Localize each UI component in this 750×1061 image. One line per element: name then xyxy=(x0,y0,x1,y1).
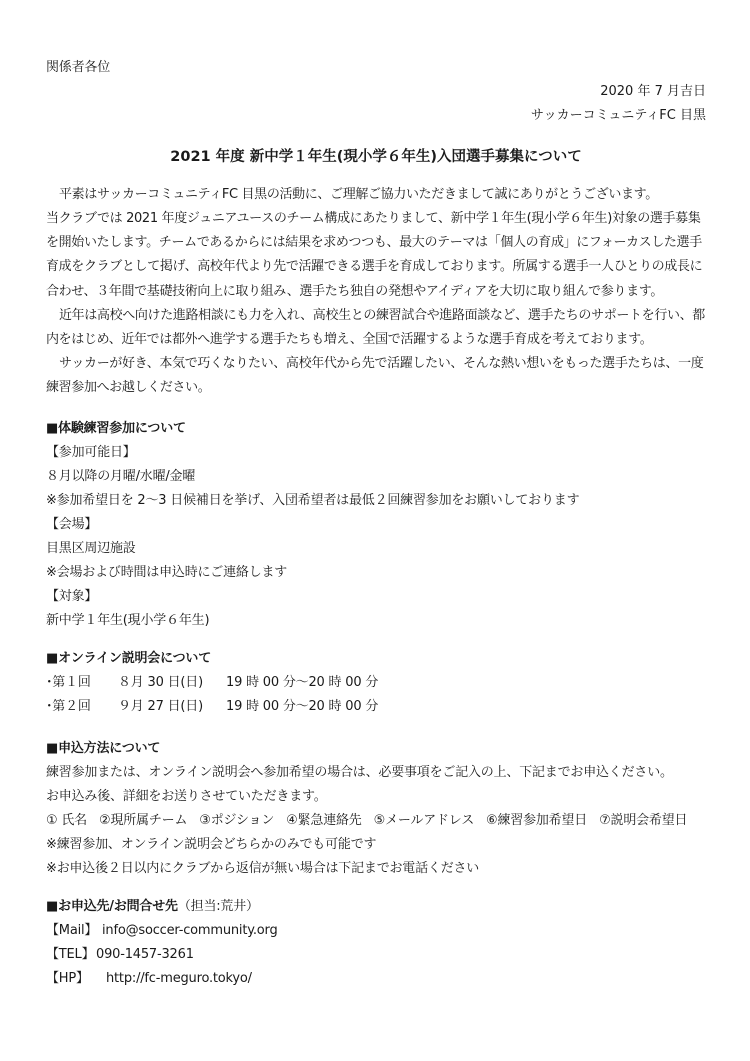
contact-heading: ■お申込先/お問合せ先 xyxy=(46,899,178,914)
session-time: 19 時 00 分～20 時 00 分 xyxy=(226,699,378,714)
organization-name: サッカーコミュニティFC 目黒 xyxy=(531,108,706,124)
required-item: ②現所属チーム xyxy=(99,813,187,828)
issue-date: 2020 年 7 月吉日 xyxy=(600,84,706,100)
tel-number[interactable]: 090-1457-3261 xyxy=(96,947,194,962)
contact-hp-row: 【HP】http://fc-meguro.tokyo/ xyxy=(46,971,252,987)
mail-address[interactable]: info@soccer-community.org xyxy=(102,923,278,938)
intro-paragraph-1: 平素はサッカーコミュニティFC 目黒の活動に、ご理解ご協力いただきまして誠にあり… xyxy=(46,183,708,207)
session-date: ９月 27 日(日) xyxy=(118,699,226,715)
mail-label: 【Mail】 xyxy=(46,923,102,939)
required-item: ⑤メールアドレス xyxy=(374,813,474,828)
intro-paragraph-3: 近年は高校へ向けた進路相談にも力を入れ、高校生との練習試合や進路面談など、選手た… xyxy=(46,304,708,352)
recipient: 関係者各位 xyxy=(46,60,110,76)
trial-target-label: 【対象】 xyxy=(46,589,97,605)
online-session-2: ･第２回９月 27 日(日)19 時 00 分～20 時 00 分 xyxy=(46,699,378,715)
session-date: ８月 30 日(日) xyxy=(118,675,226,691)
required-item: ④緊急連絡先 xyxy=(286,813,361,828)
contact-person: （担当:荒井） xyxy=(178,899,259,914)
application-required-items: ① 氏名②現所属チーム③ポジション④緊急連絡先⑤メールアドレス⑥練習参加希望日⑦… xyxy=(46,813,687,829)
trial-dates-label: 【参加可能日】 xyxy=(46,445,136,461)
session-label: ･第１回 xyxy=(46,675,118,691)
contact-tel-row: 【TEL】090-1457-3261 xyxy=(46,947,194,963)
trial-dates-note: ※参加希望日を 2～3 日候補日を挙げ、入団希望者は最低２回練習参加をお願いして… xyxy=(46,493,579,509)
intro-paragraph-2: 当クラブでは 2021 年度ジュニアユースのチーム構成にあたりまして、新中学１年… xyxy=(46,207,708,304)
session-time: 19 時 00 分～20 時 00 分 xyxy=(226,675,378,690)
trial-venue-value: 目黒区周辺施設 xyxy=(46,541,136,557)
required-item: ⑦説明会希望日 xyxy=(599,813,687,828)
application-heading: ■申込方法について xyxy=(46,741,160,757)
contact-heading-row: ■お申込先/お問合せ先（担当:荒井） xyxy=(46,899,259,915)
homepage-link[interactable]: http://fc-meguro.tokyo/ xyxy=(106,971,252,986)
required-item: ⑥練習参加希望日 xyxy=(486,813,587,828)
trial-target-value: 新中学１年生(現小学６年生) xyxy=(46,613,209,629)
application-line-1: 練習参加または、オンライン説明会へ参加希望の場合は、必要事項をご記入の上、下記ま… xyxy=(46,765,673,781)
online-heading: ■オンライン説明会について xyxy=(46,651,211,667)
document-title: 2021 年度 新中学１年生(現小学６年生)入団選手募集について xyxy=(46,148,706,166)
trial-venue-label: 【会場】 xyxy=(46,517,97,533)
required-item: ① 氏名 xyxy=(46,813,87,828)
application-note-2: ※お申込後２日以内にクラブから返信が無い場合は下記までお電話ください xyxy=(46,861,479,877)
online-session-1: ･第１回８月 30 日(日)19 時 00 分～20 時 00 分 xyxy=(46,675,378,691)
trial-dates-value: ８月以降の月曜/水曜/金曜 xyxy=(46,469,195,485)
hp-label: 【HP】 xyxy=(46,971,106,987)
trial-heading: ■体験練習参加について xyxy=(46,421,186,437)
required-item: ③ポジション xyxy=(199,813,274,828)
intro-paragraph-4: サッカーが好き、本気で巧くなりたい、高校年代から先で活躍したい、そんな熱い想いを… xyxy=(46,352,708,400)
tel-label: 【TEL】 xyxy=(46,947,96,963)
session-label: ･第２回 xyxy=(46,699,118,715)
contact-mail-row: 【Mail】info@soccer-community.org xyxy=(46,923,278,939)
trial-venue-note: ※会場および時間は申込時にご連絡します xyxy=(46,565,287,581)
application-note-1: ※練習参加、オンライン説明会どちらかのみでも可能です xyxy=(46,837,376,853)
application-line-2: お申込み後、詳細をお送りさせていただきます。 xyxy=(46,789,327,805)
